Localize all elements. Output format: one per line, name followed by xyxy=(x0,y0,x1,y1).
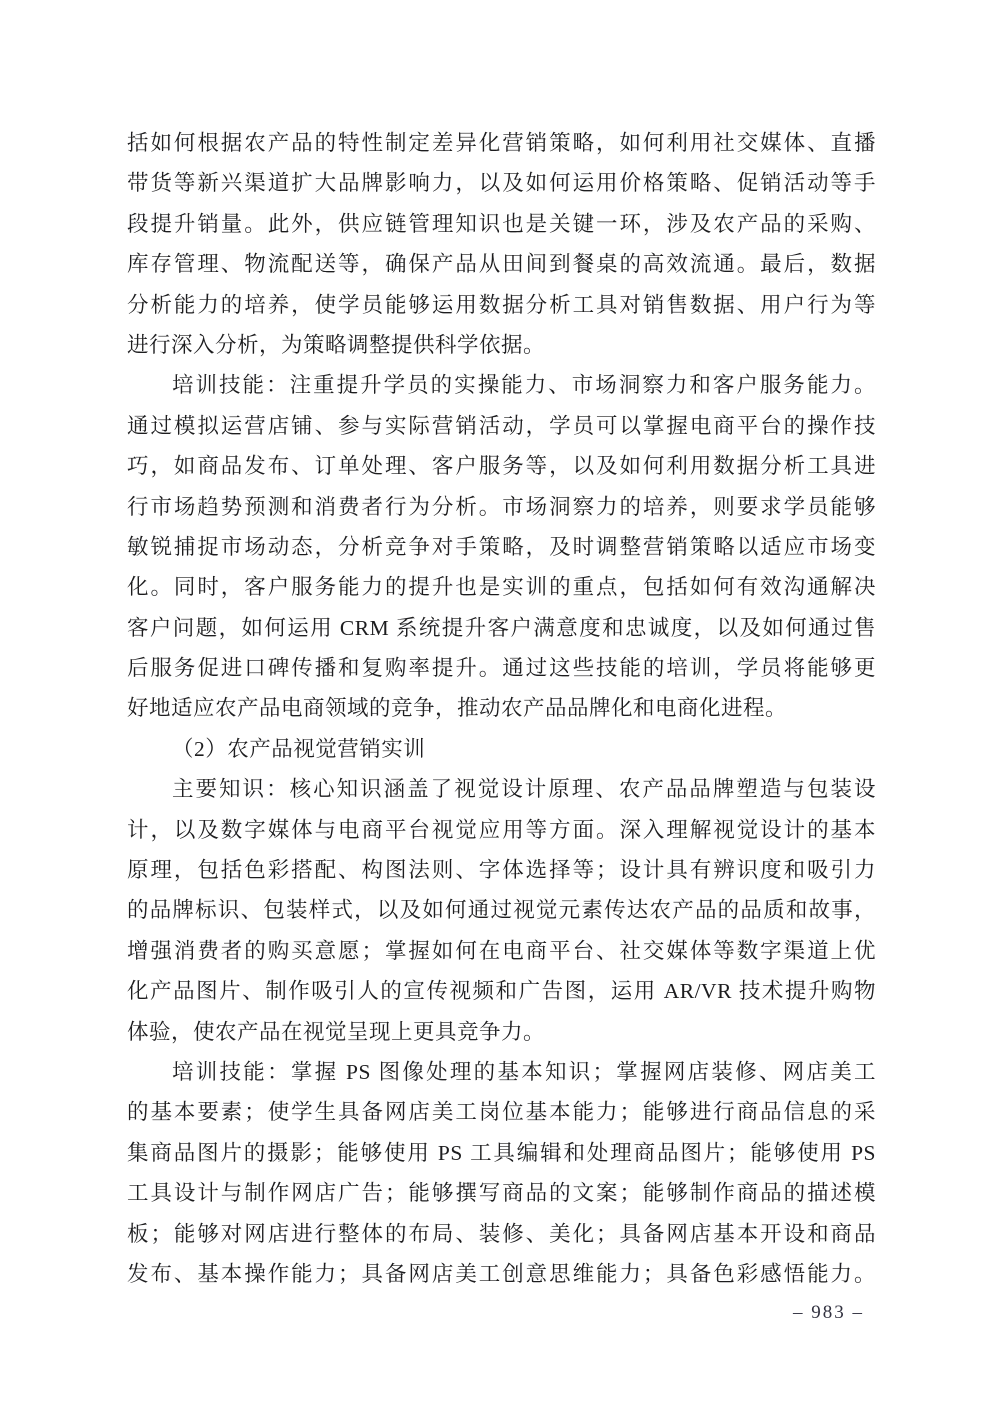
text-line: 体验，使农产品在视觉呈现上更具竞争力。 xyxy=(127,1012,876,1052)
text-line: 库存管理、物流配送等，确保产品从田间到餐桌的高效流通。最后，数据 xyxy=(127,244,876,284)
text-line: 后服务促进口碑传播和复购率提升。通过这些技能的培训，学员将能够更 xyxy=(127,648,876,688)
text-line: 的基本要素；使学生具备网店美工岗位基本能力；能够进行商品信息的采 xyxy=(127,1092,876,1132)
text-line: 好地适应农产品电商领域的竞争，推动农产品品牌化和电商化进程。 xyxy=(127,688,876,728)
text-line: 行市场趋势预测和消费者行为分析。市场洞察力的培养，则要求学员能够 xyxy=(127,487,876,527)
text-line: 的品牌标识、包装样式，以及如何通过视觉元素传达农产品的品质和故事， xyxy=(127,890,876,930)
text-line: 原理，包括色彩搭配、构图法则、字体选择等；设计具有辨识度和吸引力 xyxy=(127,850,876,890)
text-line: 培训技能：掌握 PS 图像处理的基本知识；掌握网店装修、网店美工 xyxy=(127,1052,876,1092)
text-line: 板；能够对网店进行整体的布局、装修、美化；具备网店基本开设和商品 xyxy=(127,1214,876,1254)
text-line: 增强消费者的购买意愿；掌握如何在电商平台、社交媒体等数字渠道上优 xyxy=(127,931,876,971)
text-line: 通过模拟运营店铺、参与实际营销活动，学员可以掌握电商平台的操作技 xyxy=(127,406,876,446)
text-line: 客户问题，如何运用 CRM 系统提升客户满意度和忠诚度，以及如何通过售 xyxy=(127,608,876,648)
text-line: 进行深入分析，为策略调整提供科学依据。 xyxy=(127,325,876,365)
text-line: 分析能力的培养，使学员能够运用数据分析工具对销售数据、用户行为等 xyxy=(127,285,876,325)
text-line: 巧，如商品发布、订单处理、客户服务等，以及如何利用数据分析工具进 xyxy=(127,446,876,486)
text-line: 集商品图片的摄影；能够使用 PS 工具编辑和处理商品图片；能够使用 PS xyxy=(127,1133,876,1173)
text-line: 主要知识：核心知识涵盖了视觉设计原理、农产品品牌塑造与包装设 xyxy=(127,769,876,809)
text-line: 括如何根据农产品的特性制定差异化营销策略，如何利用社交媒体、直播 xyxy=(127,123,876,163)
text-line: 发布、基本操作能力；具备网店美工创意思维能力；具备色彩感悟能力。 xyxy=(127,1254,876,1294)
text-line: 计，以及数字媒体与电商平台视觉应用等方面。深入理解视觉设计的基本 xyxy=(127,810,876,850)
page-number: – 983 – xyxy=(793,1302,864,1324)
text-line: 工具设计与制作网店广告；能够撰写商品的文案；能够制作商品的描述模 xyxy=(127,1173,876,1213)
text-line: 化。同时，客户服务能力的提升也是实训的重点，包括如何有效沟通解决 xyxy=(127,567,876,607)
text-line: 培训技能：注重提升学员的实操能力、市场洞察力和客户服务能力。 xyxy=(127,365,876,405)
text-line: 敏锐捕捉市场动态，分析竞争对手策略，及时调整营销策略以适应市场变 xyxy=(127,527,876,567)
text-line: （2）农产品视觉营销实训 xyxy=(127,729,876,769)
text-line: 化产品图片、制作吸引人的宣传视频和广告图，运用 AR/VR 技术提升购物 xyxy=(127,971,876,1011)
document-page: 括如何根据农产品的特性制定差异化营销策略，如何利用社交媒体、直播带货等新兴渠道扩… xyxy=(0,0,1000,1414)
text-block: 括如何根据农产品的特性制定差异化营销策略，如何利用社交媒体、直播带货等新兴渠道扩… xyxy=(127,123,876,1294)
text-line: 段提升销量。此外，供应链管理知识也是关键一环，涉及农产品的采购、 xyxy=(127,204,876,244)
text-line: 带货等新兴渠道扩大品牌影响力，以及如何运用价格策略、促销活动等手 xyxy=(127,163,876,203)
